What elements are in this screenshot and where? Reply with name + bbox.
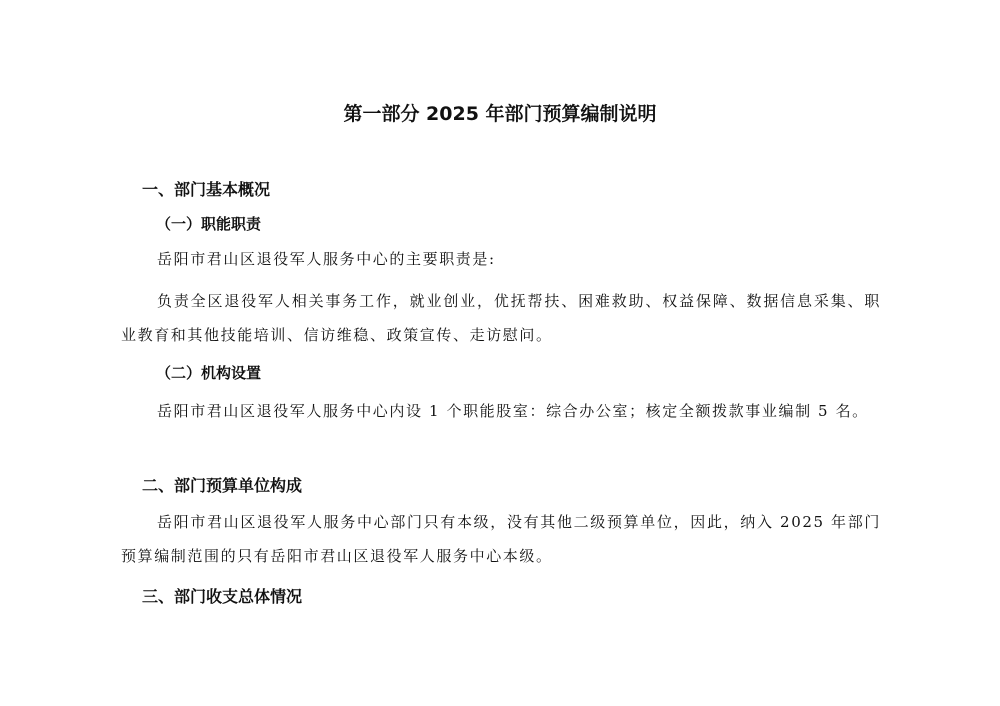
- paragraph-budget-units: 岳阳市君山区退役军人服务中心部门只有本级，没有其他二级预算单位，因此，纳入 20…: [121, 505, 881, 573]
- paragraph-organization: 岳阳市君山区退役军人服务中心内设 1 个职能股室：综合办公室；核定全额拨款事业编…: [121, 394, 881, 428]
- subsection-heading-organization: （二）机构设置: [156, 362, 261, 383]
- subsection-heading-duties: （一）职能职责: [156, 213, 261, 234]
- paragraph-duties-detail: 负责全区退役军人相关事务工作，就业创业，优抚帮扶、困难救助、权益保障、数据信息采…: [121, 284, 881, 352]
- document-title: 第一部分 2025 年部门预算编制说明: [0, 99, 1000, 126]
- paragraph-duties-intro: 岳阳市君山区退役军人服务中心的主要职责是:: [121, 242, 881, 276]
- section-heading-basic-overview: 一、部门基本概况: [142, 177, 270, 200]
- section-heading-budget-units: 二、部门预算单位构成: [142, 473, 302, 496]
- section-heading-revenue-expenditure: 三、部门收支总体情况: [142, 584, 302, 607]
